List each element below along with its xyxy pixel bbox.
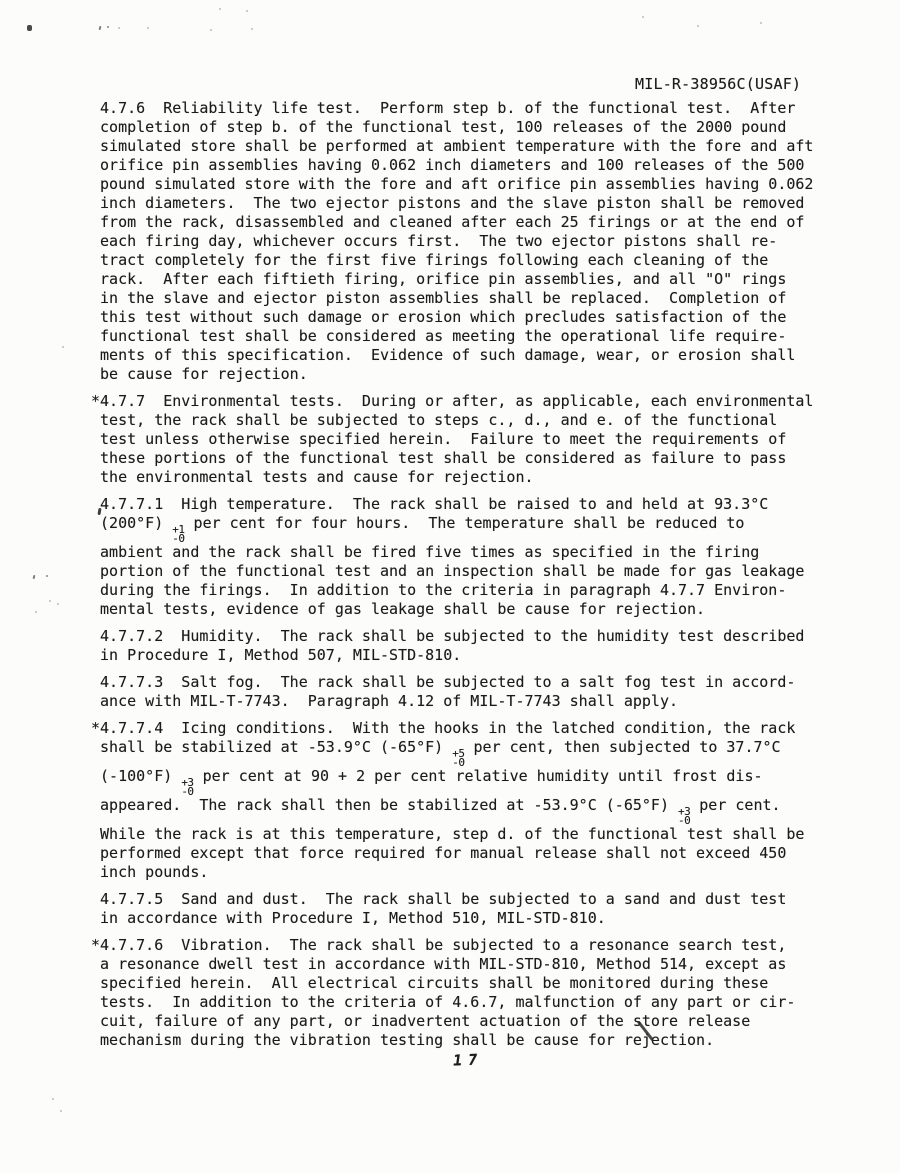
paragraph-4.7.7.2: 4.7.7.2 Humidity. The rack shall be subj… bbox=[91, 627, 831, 665]
scan-speck bbox=[57, 603, 59, 605]
scan-speck bbox=[49, 600, 51, 602]
paragraph-4.7.7: *4.7.7 Environmental tests. During or af… bbox=[91, 392, 831, 487]
scan-speck bbox=[210, 29, 212, 31]
tolerance-stack: +3-0 bbox=[678, 808, 690, 825]
scan-speck bbox=[246, 10, 248, 12]
scan-speck bbox=[642, 16, 644, 18]
scan-speck bbox=[107, 26, 109, 28]
scan-speck bbox=[62, 346, 64, 348]
scanned-page: MIL-R-38956C(USAF) 4.7.6 Reliability lif… bbox=[0, 0, 900, 1173]
scan-speck bbox=[99, 26, 102, 30]
scan-speck bbox=[52, 1098, 54, 1100]
scan-speck bbox=[219, 8, 221, 10]
paragraph-4.7.6: 4.7.6 Reliability life test. Perform ste… bbox=[91, 99, 831, 384]
paragraph-4.7.7.5: 4.7.7.5 Sand and dust. The rack shall be… bbox=[91, 890, 831, 928]
scan-speck bbox=[33, 575, 36, 579]
scan-speck bbox=[147, 27, 149, 29]
paragraph-4.7.7.1: 4.7.7.1 High temperature. The rack shall… bbox=[91, 495, 831, 619]
scan-speck bbox=[760, 22, 762, 24]
paragraph-4.7.7.4: *4.7.7.4 Icing conditions. With the hook… bbox=[91, 719, 831, 882]
paragraph-4.7.7.6: *4.7.7.6 Vibration. The rack shall be su… bbox=[91, 936, 831, 1050]
scan-speck bbox=[46, 575, 48, 577]
document-body: 4.7.6 Reliability life test. Perform ste… bbox=[91, 99, 831, 1058]
scan-speck bbox=[60, 1110, 62, 1112]
page-number: 17 bbox=[452, 1050, 485, 1069]
scan-speck bbox=[35, 611, 37, 613]
tolerance-stack: +1-0 bbox=[172, 526, 184, 543]
document-id-header: MIL-R-38956C(USAF) bbox=[635, 76, 801, 93]
scan-speck bbox=[118, 27, 120, 29]
tolerance-stack: +3-0 bbox=[181, 779, 193, 796]
scan-speck bbox=[251, 28, 253, 30]
tolerance-stack: +5-0 bbox=[452, 750, 464, 767]
scan-speck bbox=[697, 25, 699, 27]
scan-speck bbox=[27, 25, 32, 31]
paragraph-4.7.7.3: 4.7.7.3 Salt fog. The rack shall be subj… bbox=[91, 673, 831, 711]
